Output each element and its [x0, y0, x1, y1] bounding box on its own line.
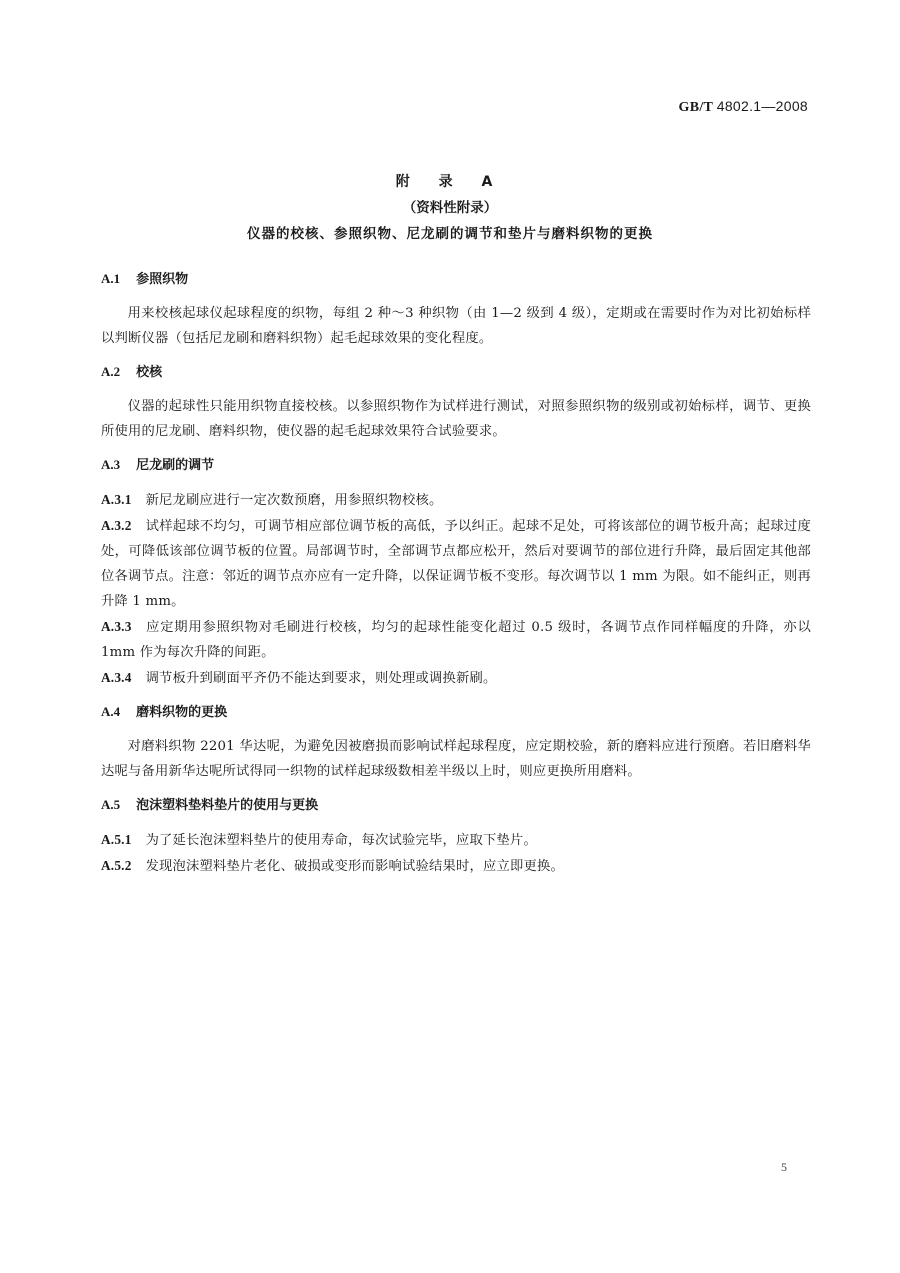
section-code: A.5 [101, 797, 120, 812]
clause-text: 调节板升到刷面平齐仍不能达到要求，则处理或调换新刷。 [146, 671, 497, 686]
clause-code: A.5.1 [101, 832, 132, 847]
document-body: A.1参照织物 用来校核起球仪起球程度的织物，每组 2 种～3 种织物（由 1—… [101, 268, 811, 879]
appendix-type: （资料性附录） [0, 196, 900, 220]
standard-number: 4802.1—2008 [717, 98, 808, 114]
section-title: 校核 [136, 365, 162, 380]
clause-code: A.3.4 [101, 670, 132, 685]
section-title: 磨料织物的更换 [136, 705, 227, 720]
section-code: A.2 [101, 364, 120, 379]
section-code: A.4 [101, 704, 120, 719]
section-heading-a4: A.4磨料织物的更换 [101, 701, 811, 724]
clause-a3-2: A.3.2试样起球不均匀，可调节相应部位调节板的高低，予以纠正。起球不足处，可将… [101, 513, 811, 614]
paragraph: 仪器的起球性只能用织物直接校核。以参照织物作为试样进行测试，对照参照织物的级别或… [101, 394, 811, 444]
appendix-title: 仪器的校核、参照织物、尼龙刷的调节和垫片与磨料织物的更换 [0, 222, 900, 246]
section-heading-a1: A.1参照织物 [101, 268, 811, 291]
section-title: 尼龙刷的调节 [136, 458, 214, 473]
clause-text: 为了延长泡沫塑料垫片的使用寿命，每次试验完毕，应取下垫片。 [146, 833, 537, 848]
section-heading-a5: A.5泡沫塑料垫料垫片的使用与更换 [101, 794, 811, 817]
clause-a3-4: A.3.4调节板升到刷面平齐仍不能达到要求，则处理或调换新刷。 [101, 665, 811, 691]
standard-code: GB/T 4802.1—2008 [679, 98, 808, 116]
clause-text: 试样起球不均匀，可调节相应部位调节板的高低，予以纠正。起球不足处，可将该部位的调… [101, 519, 811, 609]
section-heading-a2: A.2校核 [101, 361, 811, 384]
clause-text: 发现泡沫塑料垫片老化、破损或变形而影响试验结果时，应立即更换。 [146, 859, 564, 874]
clause-a3-1: A.3.1新尼龙刷应进行一定次数预磨，用参照织物校核。 [101, 487, 811, 513]
page-number: 5 [781, 1160, 787, 1175]
section-title: 泡沫塑料垫料垫片的使用与更换 [136, 798, 318, 813]
clause-text: 应定期用参照织物对毛刷进行校核，均匀的起球性能变化超过 0.5 级时，各调节点作… [101, 620, 811, 660]
standard-prefix: GB/T [679, 100, 713, 115]
clause-code: A.3.1 [101, 492, 132, 507]
clause-text: 新尼龙刷应进行一定次数预磨，用参照织物校核。 [146, 493, 443, 508]
clause-code: A.5.2 [101, 858, 132, 873]
clause-a5-2: A.5.2发现泡沫塑料垫片老化、破损或变形而影响试验结果时，应立即更换。 [101, 853, 811, 879]
appendix-label: 附 录 A [0, 170, 900, 194]
clause-a5-1: A.5.1为了延长泡沫塑料垫片的使用寿命，每次试验完毕，应取下垫片。 [101, 827, 811, 853]
clause-code: A.3.2 [101, 518, 132, 533]
paragraph: 用来校核起球仪起球程度的织物，每组 2 种～3 种织物（由 1—2 级到 4 级… [101, 301, 811, 351]
clause-code: A.3.3 [101, 619, 132, 634]
section-heading-a3: A.3尼龙刷的调节 [101, 454, 811, 477]
section-title: 参照织物 [136, 272, 188, 287]
section-code: A.1 [101, 271, 120, 286]
title-block: 附 录 A （资料性附录） 仪器的校核、参照织物、尼龙刷的调节和垫片与磨料织物的… [0, 170, 900, 246]
section-code: A.3 [101, 457, 120, 472]
clause-a3-3: A.3.3应定期用参照织物对毛刷进行校核，均匀的起球性能变化超过 0.5 级时，… [101, 614, 811, 665]
paragraph: 对磨料织物 2201 华达呢，为避免因被磨损而影响试样起球程度，应定期校验，新的… [101, 734, 811, 784]
